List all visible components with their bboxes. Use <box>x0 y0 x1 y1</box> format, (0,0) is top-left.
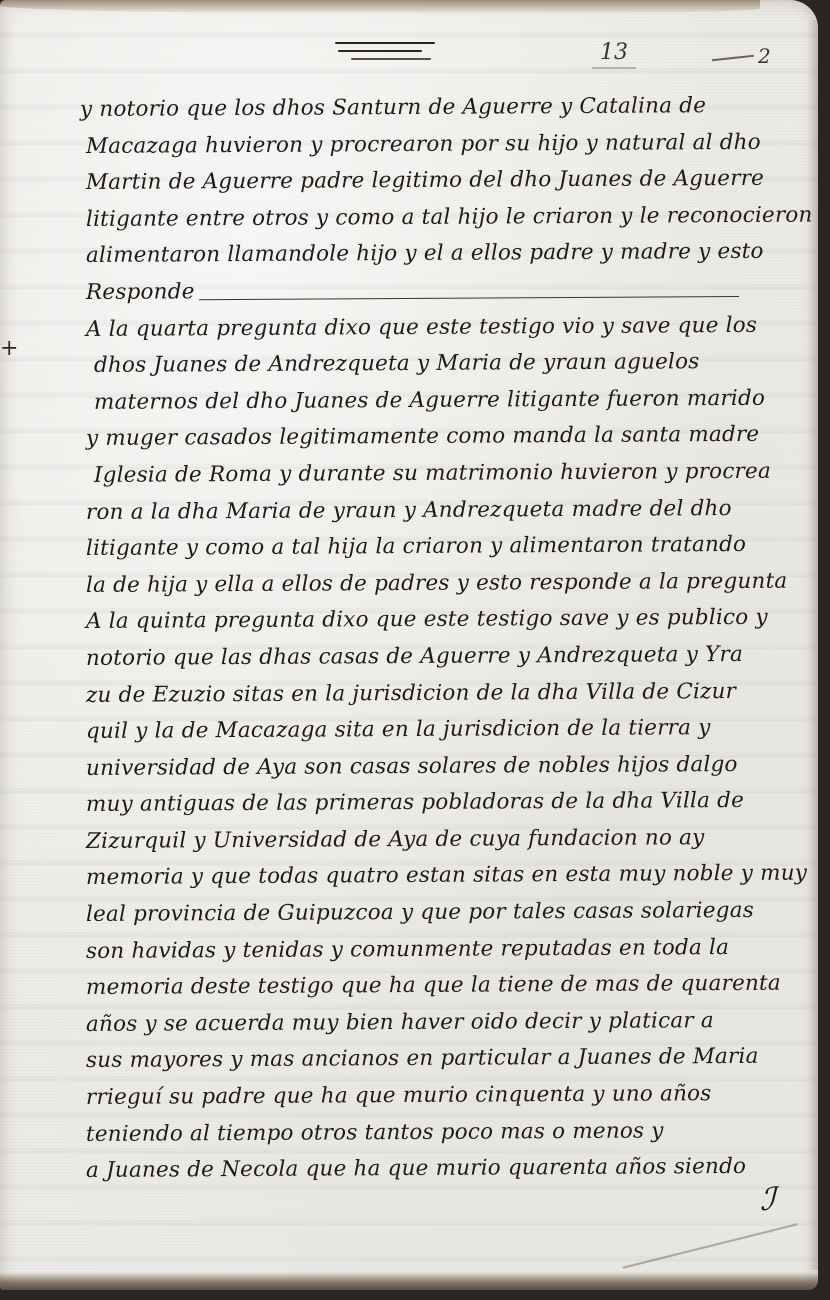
text-line: litigante entre otros y como a tal hijo … <box>80 197 810 238</box>
text-line: son havidas y tenidas y comunmente reput… <box>80 929 810 970</box>
text-line: muy antiguas de las primeras pobladoras … <box>80 783 810 824</box>
text-line: y notorio que los dhos Santurn de Aguerr… <box>80 88 810 129</box>
text-line: la de hija y ella a ellos de padres y es… <box>80 563 810 604</box>
margin-cross-mark: + <box>0 336 18 361</box>
text-line: notorio que las dhas casas de Aguerre y … <box>80 636 810 677</box>
text-line: quil y la de Macazaga sita en la jurisdi… <box>80 710 810 751</box>
text-line: maternos del dho Juanes de Aguerre litig… <box>80 380 810 421</box>
text-line: Zizurquil y Universidad de Aya de cuya f… <box>80 819 810 860</box>
corner-annotation: 2 <box>712 44 771 68</box>
header-triple-rule <box>335 42 435 66</box>
text-line: leal provincia de Guipuzcoa y que por ta… <box>80 893 810 934</box>
text-line: rrieguí su padre que ha que murio cinque… <box>80 1076 810 1117</box>
torn-bottom-edge <box>0 1272 818 1290</box>
text-line: años y se acuerda muy bien haver oido de… <box>80 1002 810 1043</box>
text-line: memoria deste testigo que ha que la tien… <box>80 966 810 1007</box>
corner-mark-text: 2 <box>758 44 771 68</box>
text-line: memoria y que todas quatro estan sitas e… <box>80 856 810 897</box>
rubric-flourish: ℐ <box>760 1180 775 1218</box>
text-line: Martin de Aguerre padre legitimo del dho… <box>80 161 810 202</box>
torn-top-edge <box>0 0 760 14</box>
paragraph-end-rule <box>199 295 739 300</box>
text-line: litigante y como a tal hija la criaron y… <box>80 527 810 568</box>
text-line: teniendo al tiempo otros tantos poco mas… <box>80 1112 810 1153</box>
corner-dash <box>712 54 754 60</box>
text-line: Responde <box>86 274 195 311</box>
paragraph-end-line: Responde <box>80 271 810 312</box>
text-line: y muger casados legitimamente como manda… <box>80 417 810 458</box>
text-line: universidad de Aya son casas solares de … <box>80 746 810 787</box>
text-line: alimentaron llamandole hijo y el a ellos… <box>80 234 810 275</box>
text-line: a Juanes de Necola que ha que murio quar… <box>80 1149 810 1190</box>
manuscript-text: y notorio que los dhos Santurn de Aguerr… <box>80 92 810 1190</box>
text-line: Iglesia de Roma y durante su matrimonio … <box>80 453 810 494</box>
text-line: Macazaga huvieron y procrearon por su hi… <box>80 124 810 165</box>
folio-number: 13 <box>592 40 636 69</box>
manuscript-page: 13 2 + y notorio que los dhos Santurn de… <box>0 0 818 1290</box>
text-line: A la quarta pregunta dixo que este testi… <box>80 307 810 348</box>
text-line: zu de Ezuzio sitas en la jurisdicion de … <box>80 673 810 714</box>
text-line: dhos Juanes de Andrezqueta y Maria de yr… <box>80 344 810 385</box>
paper-fold-crease <box>622 1223 797 1268</box>
text-line: sus mayores y mas ancianos en particular… <box>80 1039 810 1080</box>
text-line: ron a la dha Maria de yraun y Andrezquet… <box>80 490 810 531</box>
text-line: A la quinta pregunta dixo que este testi… <box>80 600 810 641</box>
